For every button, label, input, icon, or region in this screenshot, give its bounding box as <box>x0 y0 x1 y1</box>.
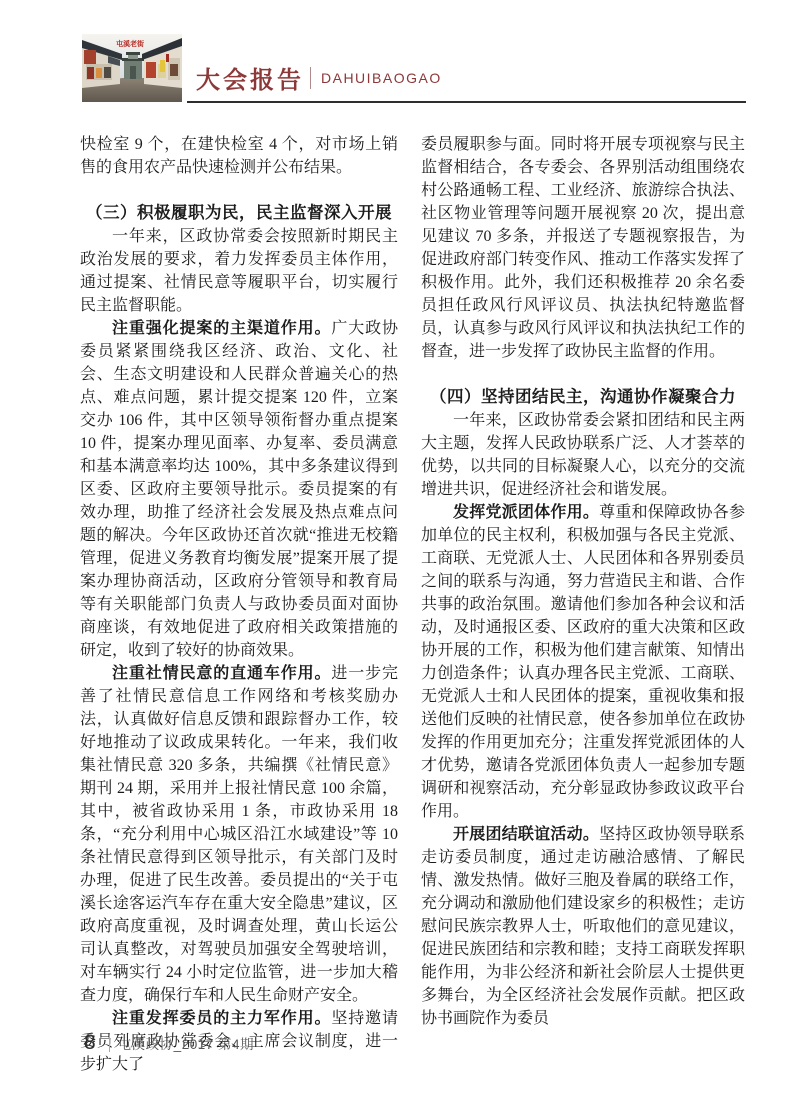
paragraph: 一年来，区政协常委会紧扣团结和民主两大主题，发挥人民政协联系广泛、人才荟萃的优势… <box>421 409 745 501</box>
section-heading: （三）积极履职为民，民主监督深入开展 <box>80 202 398 225</box>
article-column-left: 快检室 9 个，在建快检室 4 个，对市场上销售的食用农产品快速检测并公布结果。… <box>80 133 398 1076</box>
footer-divider <box>109 1035 110 1052</box>
paragraph: 注重强化提案的主渠道作用。广大政协委员紧紧围绕我区经济、政治、文化、社会、生态文… <box>80 317 398 662</box>
paragraph: 快检室 9 个，在建快检室 4 个，对市场上销售的食用农产品快速检测并公布结果。 <box>80 133 398 179</box>
magazine-page: 屯溪老街 大会报告 DAHUIBAOGAO 快检室 9 个，在建快检室 4 个，… <box>0 0 804 1098</box>
paragraph-bold-lead: 开展团结联谊活动。 <box>453 826 599 843</box>
paragraph: 发挥党派团体作用。尊重和保障政协各参加单位的民主权利，积极加强与各民主党派、工商… <box>421 501 745 823</box>
page-number: 8 <box>84 1031 96 1055</box>
masthead: 大会报告 DAHUIBAOGAO <box>196 60 442 95</box>
paragraph-bold-lead: 注重强化提案的主渠道作用。 <box>112 320 331 337</box>
journal-title: 屯溪政协_2017 第4期 <box>118 1033 254 1053</box>
paragraph-bold-lead: 发挥党派团体作用。 <box>453 504 599 521</box>
article-column-right: 委员履职参与面。同时将开展专项视察与民主监督相结合，各专委会、各界别活动组围绕农… <box>421 133 745 1030</box>
old-street-photo: 屯溪老街 <box>82 34 182 102</box>
paragraph: 注重社情民意的直通车作用。进一步完善了社情民意信息工作网络和考核奖励办法，认真做… <box>80 662 398 1007</box>
masthead-divider <box>310 67 311 89</box>
section-title-en: DAHUIBAOGAO <box>321 70 442 86</box>
paragraph-bold-lead: 注重发挥委员的主力军作用。 <box>112 1010 331 1027</box>
page-footer: 8 屯溪政协_2017 第4期 <box>84 1031 254 1055</box>
photo-calligraphy-text: 屯溪老街 <box>116 39 144 48</box>
paragraph-bold-lead: 注重社情民意的直通车作用。 <box>112 665 331 682</box>
masthead-rule <box>187 101 746 103</box>
paragraph: 委员履职参与面。同时将开展专项视察与民主监督相结合，各专委会、各界别活动组围绕农… <box>421 133 745 363</box>
section-title-cn: 大会报告 <box>196 60 304 95</box>
section-heading: （四）坚持团结民主，沟通协作凝聚合力 <box>421 386 745 409</box>
paragraph: 一年来，区政协常委会按照新时期民主政治发展的要求，着力发挥委员主体作用，通过提案… <box>80 225 398 317</box>
paragraph: 开展团结联谊活动。坚持区政协领导联系走访委员制度，通过走访融洽感情、了解民情、激… <box>421 823 745 1030</box>
